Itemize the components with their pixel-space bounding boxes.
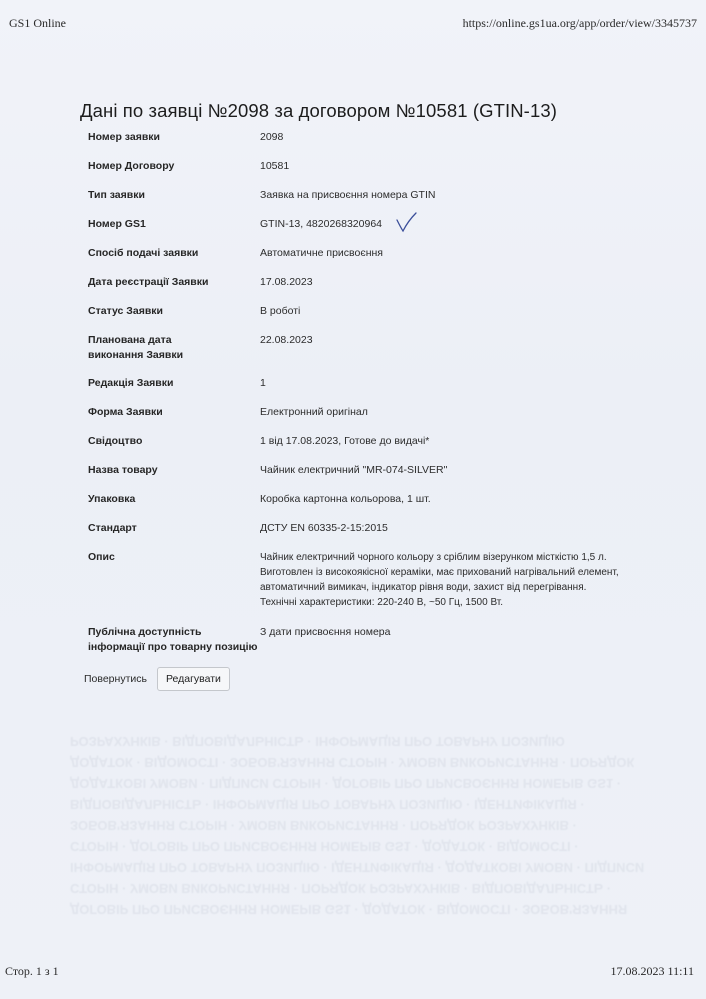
detail-label: Планована дата виконання Заявки	[88, 333, 228, 376]
detail-row-product-name: Назва товару Чайник електричний "MR-074-…	[88, 463, 648, 492]
detail-label: Форма Заявки	[88, 405, 260, 434]
scanned-page: ДОГОВІР ПРО ПРИСВОЄННЯ НОМЕРІВ GS1 · ДОД…	[0, 0, 706, 999]
detail-label: Публічна доступність інформації про това…	[88, 625, 260, 665]
detail-value: 10581	[260, 159, 648, 188]
page-title: Дані по заявці №2098 за договором №10581…	[80, 100, 557, 122]
detail-row-registration-date: Дата реєстрації Заявки 17.08.2023	[88, 275, 648, 304]
detail-value: Чайник електричний "MR-074-SILVER"	[260, 463, 648, 492]
detail-label: Упаковка	[88, 492, 260, 521]
edit-button[interactable]: Редагувати	[157, 667, 230, 691]
detail-label: Стандарт	[88, 521, 260, 550]
detail-label: Номер заявки	[88, 130, 260, 159]
detail-row-form: Форма Заявки Електронний оригінал	[88, 405, 648, 434]
detail-row-revision: Редакція Заявки 1	[88, 376, 648, 405]
detail-row-gs1-number: Номер GS1 GTIN-13, 4820268320964	[88, 217, 648, 246]
detail-value: GTIN-13, 4820268320964	[260, 217, 648, 246]
detail-label: Назва товару	[88, 463, 260, 492]
print-header-url: https://online.gs1ua.org/app/order/view/…	[463, 16, 697, 31]
detail-value: В роботі	[260, 304, 648, 333]
detail-value: ДСТУ EN 60335-2-15:2015	[260, 521, 648, 550]
detail-value: 1	[260, 376, 648, 405]
detail-label: Номер Договору	[88, 159, 260, 188]
back-link[interactable]: Повернутись	[84, 673, 147, 685]
detail-label: Тип заявки	[88, 188, 260, 217]
detail-row-order-type: Тип заявки Заявка на присвоєння номера G…	[88, 188, 648, 217]
print-header-site-title: GS1 Online	[9, 16, 66, 31]
detail-row-order-number: Номер заявки 2098	[88, 130, 648, 159]
detail-value: 2098	[260, 130, 648, 159]
detail-value: Автоматичне присвоєння	[260, 246, 648, 275]
detail-value: Заявка на присвоєння номера GTIN	[260, 188, 648, 217]
detail-value: З дати присвоєння номера	[260, 625, 648, 665]
detail-value: Електронний оригінал	[260, 405, 648, 434]
detail-label: Редакція Заявки	[88, 376, 260, 405]
detail-row-planned-date: Планована дата виконання Заявки 22.08.20…	[88, 333, 648, 376]
detail-row-certificate: Свідоцтво 1 від 17.08.2023, Готове до ви…	[88, 434, 648, 463]
detail-value: Чайник електричний чорного кольору з срі…	[260, 550, 648, 625]
detail-row-status: Статус Заявки В роботі	[88, 304, 648, 333]
print-footer-printed-at: 17.08.2023 11:11	[611, 964, 694, 979]
order-details: Номер заявки 2098 Номер Договору 10581 Т…	[88, 130, 648, 665]
detail-label: Опис	[88, 550, 260, 625]
detail-row-description: Опис Чайник електричний чорного кольору …	[88, 550, 648, 625]
detail-value: Коробка картонна кольорова, 1 шт.	[260, 492, 648, 521]
detail-row-public-availability: Публічна доступність інформації про това…	[88, 625, 648, 665]
detail-label: Номер GS1	[88, 217, 260, 246]
detail-row-standard: Стандарт ДСТУ EN 60335-2-15:2015	[88, 521, 648, 550]
detail-label: Свідоцтво	[88, 434, 260, 463]
detail-label: Спосіб подачі заявки	[88, 246, 260, 275]
detail-label: Дата реєстрації Заявки	[88, 275, 260, 304]
detail-row-contract-number: Номер Договору 10581	[88, 159, 648, 188]
detail-value: 22.08.2023	[260, 333, 648, 376]
actions-bar: Повернутись Редагувати	[84, 667, 230, 691]
detail-value: 17.08.2023	[260, 275, 648, 304]
handwritten-checkmark-icon	[395, 211, 417, 233]
detail-label: Статус Заявки	[88, 304, 260, 333]
detail-value: 1 від 17.08.2023, Готове до видачі*	[260, 434, 648, 463]
print-footer-page-indicator: Стор. 1 з 1	[5, 964, 59, 979]
detail-row-submission-method: Спосіб подачі заявки Автоматичне присвоє…	[88, 246, 648, 275]
detail-row-packaging: Упаковка Коробка картонна кольорова, 1 ш…	[88, 492, 648, 521]
